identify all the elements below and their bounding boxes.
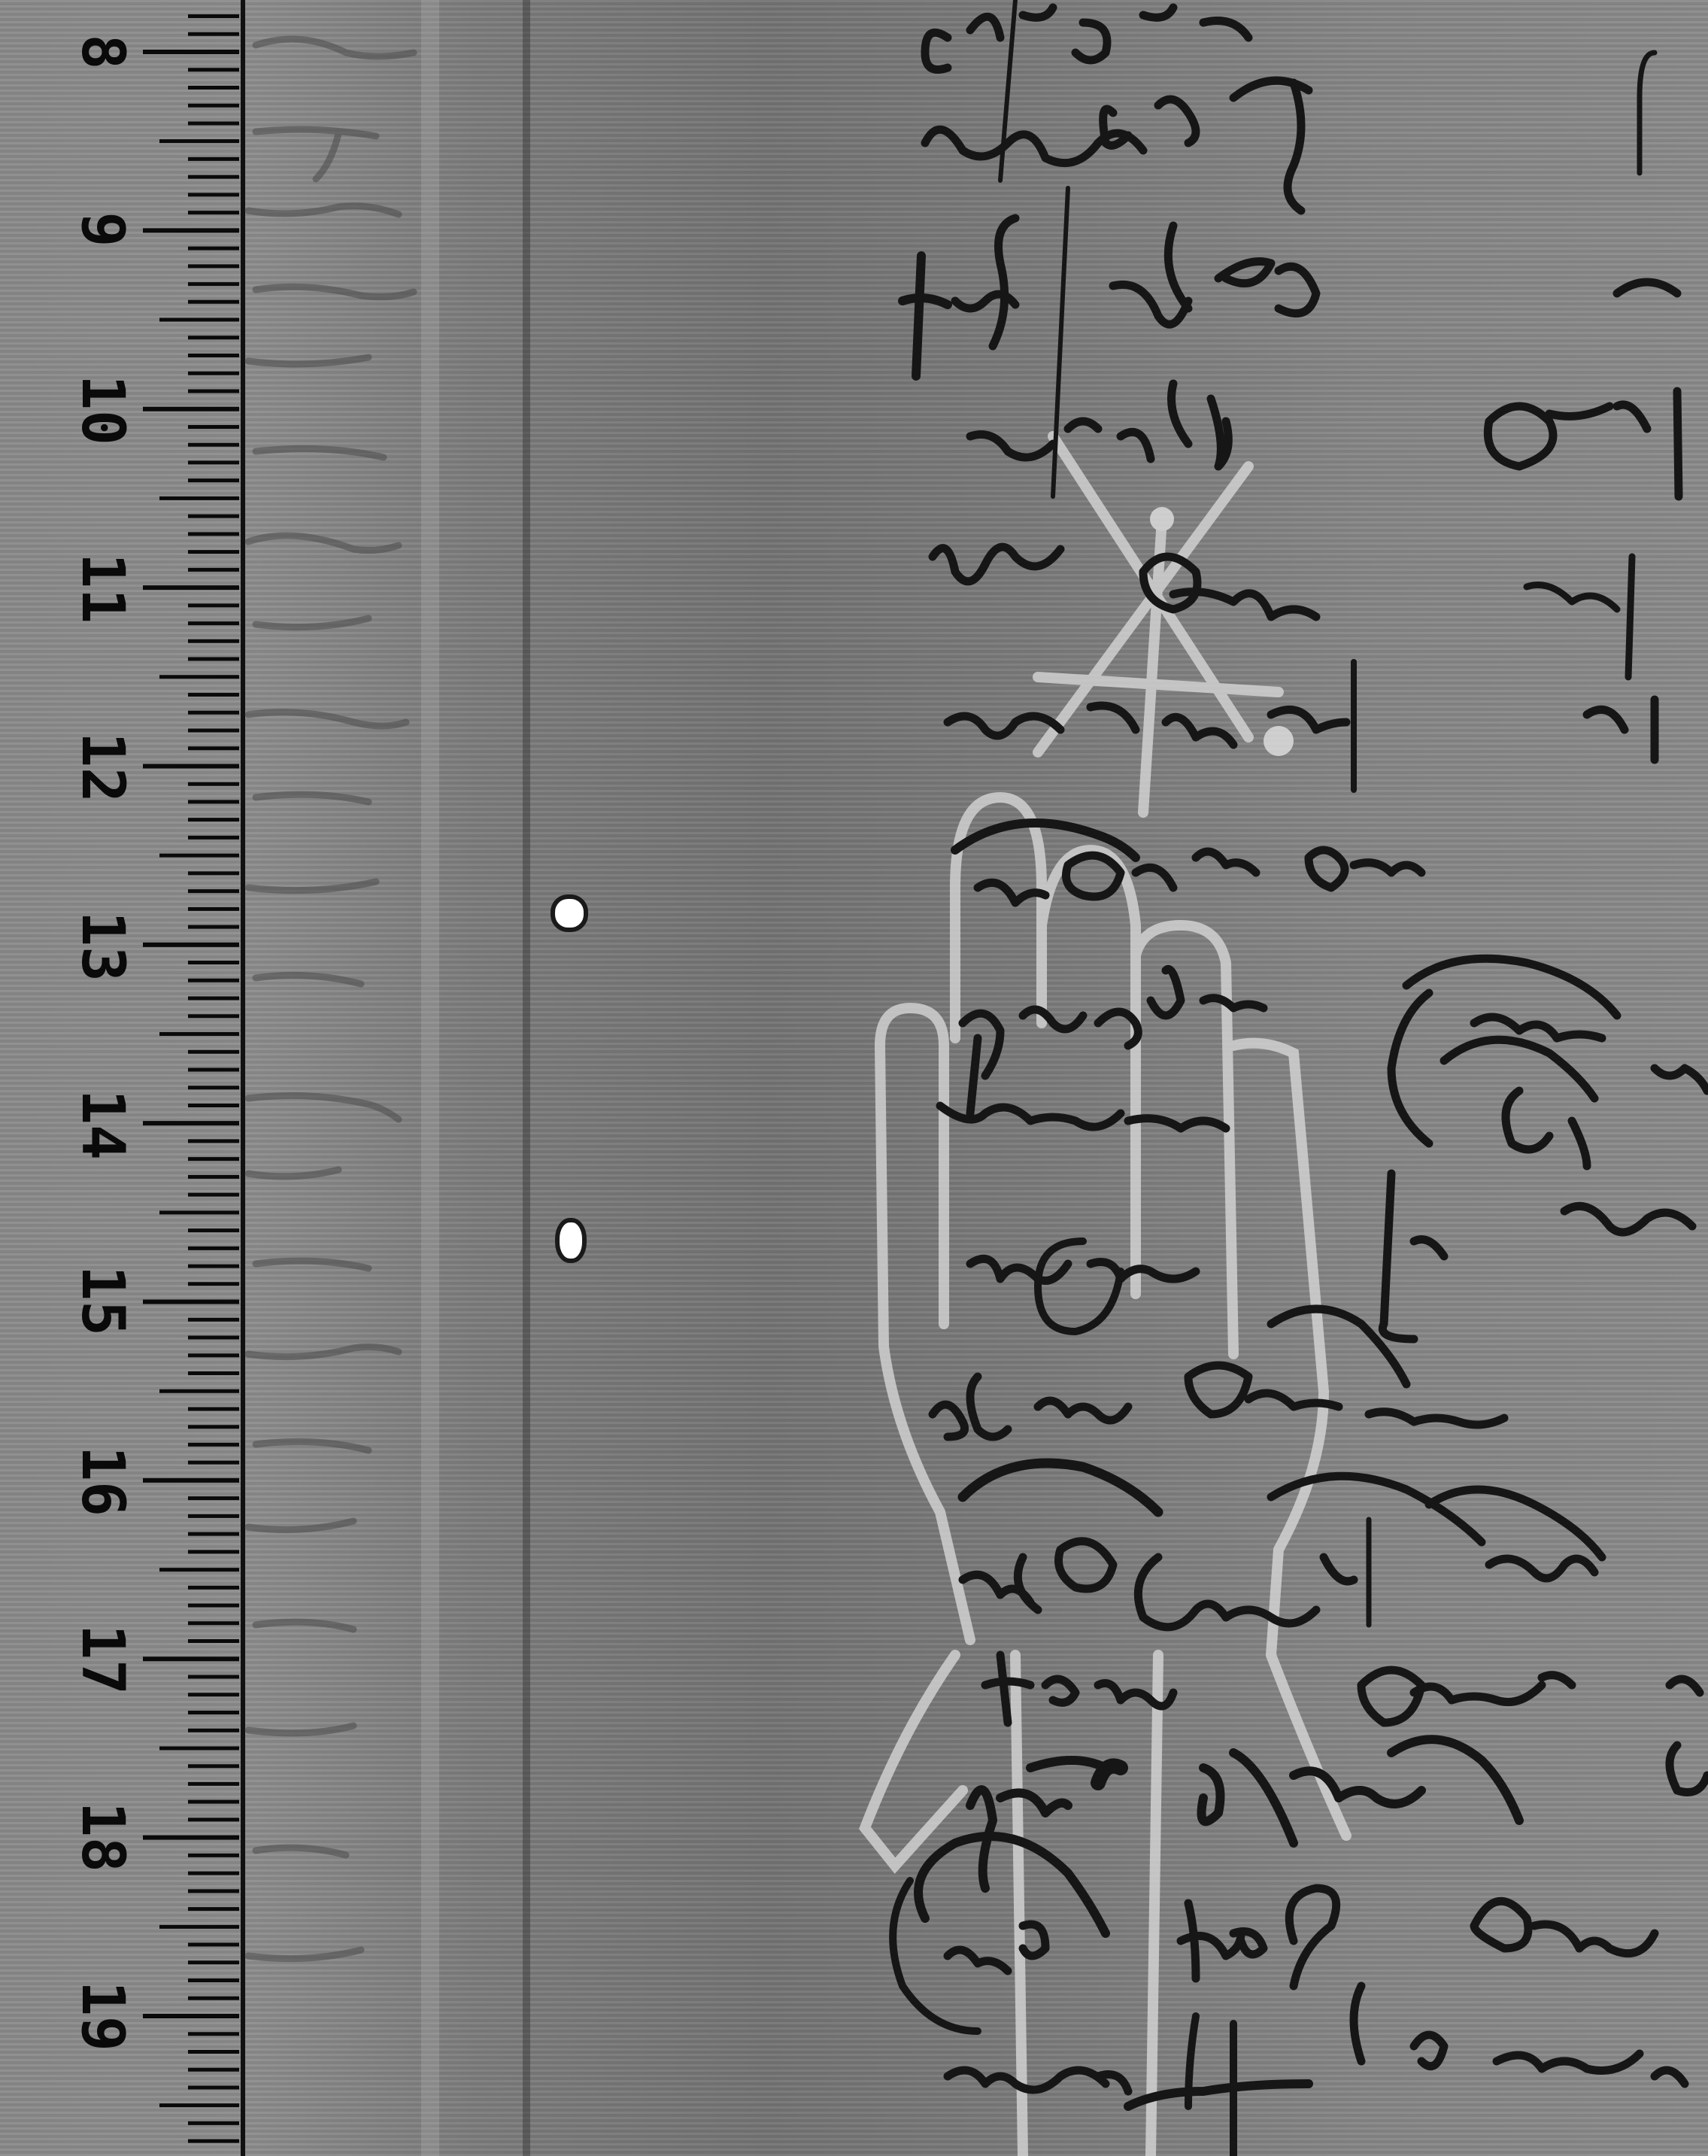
manuscript-photo: 8910111213141516171819 (0, 0, 1708, 2156)
handwritten-text (0, 0, 1708, 2156)
